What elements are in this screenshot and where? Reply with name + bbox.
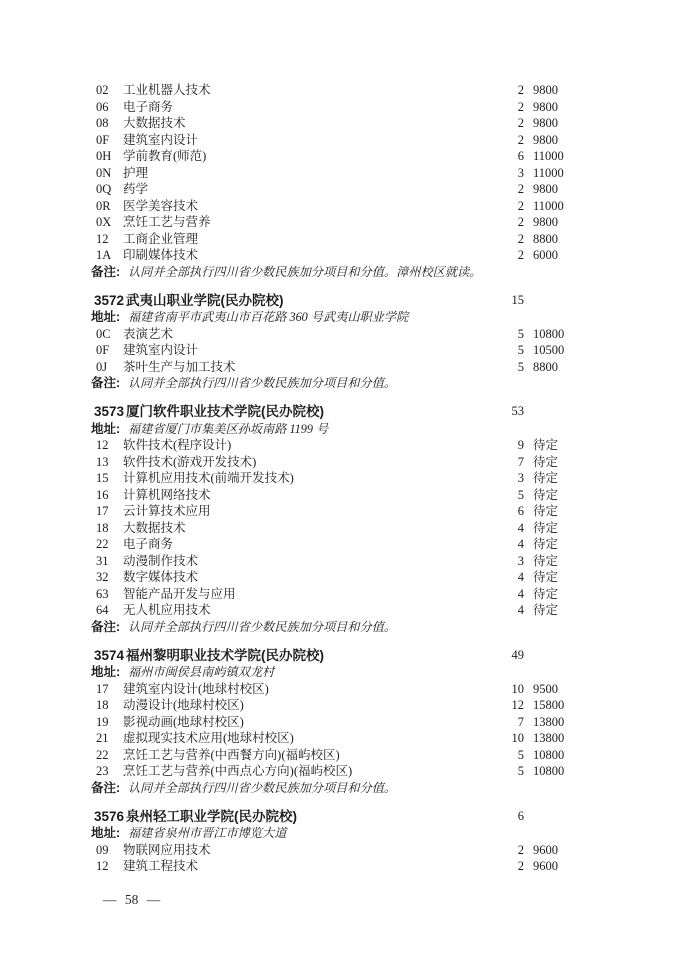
address-text: 福建省南平市武夷山市百花路 360 号武夷山职业学院 — [128, 309, 408, 326]
school-code: 3574 — [94, 647, 124, 665]
note-label: 备注: — [91, 780, 120, 797]
course-plan-count: 7 — [464, 454, 524, 471]
course-name: 工商企业管理 — [123, 231, 198, 248]
course-code: 19 — [96, 714, 109, 731]
course-code: 15 — [96, 470, 109, 487]
course-fee: 13800 — [533, 730, 564, 747]
course-fee: 8800 — [533, 231, 558, 248]
course-name: 动漫制作技术 — [123, 553, 198, 570]
course-row: 02 工业机器人技术 2 9800 — [0, 82, 680, 99]
course-row: 09 物联网应用技术 2 9600 — [0, 842, 680, 859]
course-name: 大数据技术 — [123, 115, 186, 132]
course-plan-count: 5 — [464, 763, 524, 780]
course-plan-count: 4 — [464, 520, 524, 537]
course-row: 0R 医学美容技术 2 11000 — [0, 198, 680, 215]
school-plan-total: 53 — [464, 403, 524, 421]
course-plan-count: 7 — [464, 714, 524, 731]
course-code: 63 — [96, 586, 109, 603]
course-fee: 待定 — [533, 470, 558, 487]
school-plan-total: 15 — [464, 292, 524, 310]
course-row: 22 烹饪工艺与营养(中西餐方向)(福屿校区) 5 10800 — [0, 747, 680, 764]
school-plan-total: 6 — [464, 808, 524, 826]
course-plan-count: 2 — [464, 842, 524, 859]
course-plan-count: 3 — [464, 553, 524, 570]
course-plan-count: 5 — [464, 342, 524, 359]
course-code: 22 — [96, 747, 109, 764]
course-plan-count: 2 — [464, 858, 524, 875]
course-name: 动漫设计(地球村校区) — [123, 697, 244, 714]
course-plan-count: 4 — [464, 586, 524, 603]
course-code: 12 — [96, 437, 109, 454]
course-row: 19 影视动画(地球村校区) 7 13800 — [0, 714, 680, 731]
course-plan-count: 5 — [464, 359, 524, 376]
course-code: 0N — [96, 165, 111, 182]
school-header: 3576 泉州轻工职业学院(民办院校) 6 — [0, 808, 680, 826]
school-note-row: 备注: 认同并全部执行四川省少数民族加分项目和分值。漳州校区就读。 — [0, 264, 680, 281]
course-code: 09 — [96, 842, 109, 859]
course-plan-count: 2 — [464, 115, 524, 132]
course-row: 0F 建筑室内设计 5 10500 — [0, 342, 680, 359]
course-row: 0H 学前教育(师范) 6 11000 — [0, 148, 680, 165]
school-plan-total: 49 — [464, 647, 524, 665]
course-code: 18 — [96, 520, 109, 537]
course-code: 0C — [96, 326, 111, 343]
course-code: 31 — [96, 553, 109, 570]
school-address-row: 地址: 福建省南平市武夷山市百花路 360 号武夷山职业学院 — [0, 309, 680, 326]
course-fee: 待定 — [533, 437, 558, 454]
course-fee: 待定 — [533, 487, 558, 504]
course-list: 09 物联网应用技术 2 9600 12 建筑工程技术 2 9600 — [0, 842, 680, 875]
school-address-row: 地址: 福建省泉州市晋江市博览大道 — [0, 825, 680, 842]
course-row: 08 大数据技术 2 9800 — [0, 115, 680, 132]
course-name: 学前教育(师范) — [123, 148, 206, 165]
course-name: 云计算技术应用 — [123, 503, 211, 520]
course-fee: 待定 — [533, 569, 558, 586]
course-plan-count: 10 — [464, 681, 524, 698]
course-plan-count: 6 — [464, 503, 524, 520]
course-list: 02 工业机器人技术 2 9800 06 电子商务 2 9800 08 大数据技… — [0, 82, 680, 264]
course-fee: 待定 — [533, 520, 558, 537]
course-row: 1A 印刷媒体技术 2 6000 — [0, 247, 680, 264]
course-fee: 10500 — [533, 342, 564, 359]
course-code: 12 — [96, 858, 109, 875]
course-code: 17 — [96, 503, 109, 520]
school-section: 3572 武夷山职业学院(民办院校) 15 地址: 福建省南平市武夷山市百花路 … — [0, 292, 680, 392]
course-name: 护理 — [123, 165, 148, 182]
course-row: 31 动漫制作技术 3 待定 — [0, 553, 680, 570]
sections-container: 02 工业机器人技术 2 9800 06 电子商务 2 9800 08 大数据技… — [0, 82, 680, 875]
course-plan-count: 2 — [464, 132, 524, 149]
course-code: 0F — [96, 342, 109, 359]
course-name: 计算机应用技术(前端开发技术) — [123, 470, 294, 487]
course-row: 64 无人机应用技术 4 待定 — [0, 602, 680, 619]
course-row: 06 电子商务 2 9800 — [0, 99, 680, 116]
course-plan-count: 4 — [464, 536, 524, 553]
course-code: 13 — [96, 454, 109, 471]
course-name: 电子商务 — [123, 536, 173, 553]
course-code: 08 — [96, 115, 109, 132]
course-code: 21 — [96, 730, 109, 747]
course-fee: 6000 — [533, 247, 558, 264]
course-row: 18 大数据技术 4 待定 — [0, 520, 680, 537]
course-plan-count: 6 — [464, 148, 524, 165]
course-plan-count: 5 — [464, 487, 524, 504]
course-name: 智能产品开发与应用 — [123, 586, 236, 603]
address-label: 地址: — [91, 664, 120, 681]
course-code: 23 — [96, 763, 109, 780]
course-plan-count: 9 — [464, 437, 524, 454]
course-code: 22 — [96, 536, 109, 553]
course-name: 影视动画(地球村校区) — [123, 714, 244, 731]
page-number: — 58 — — [103, 892, 160, 908]
school-name: 厦门软件职业技术学院(民办院校) — [126, 403, 324, 421]
school-code: 3573 — [94, 403, 124, 421]
school-section: 3576 泉州轻工职业学院(民办院校) 6 地址: 福建省泉州市晋江市博览大道 … — [0, 808, 680, 875]
course-fee: 10800 — [533, 747, 564, 764]
course-fee: 11000 — [533, 198, 564, 215]
course-plan-count: 2 — [464, 181, 524, 198]
course-code: 18 — [96, 697, 109, 714]
course-row: 0J 茶叶生产与加工技术 5 8800 — [0, 359, 680, 376]
course-row: 13 软件技术(游戏开发技术) 7 待定 — [0, 454, 680, 471]
course-code: 02 — [96, 82, 109, 99]
course-row: 16 计算机网络技术 5 待定 — [0, 487, 680, 504]
course-fee: 9800 — [533, 214, 558, 231]
course-fee: 9800 — [533, 132, 558, 149]
school-note-row: 备注: 认同并全部执行四川省少数民族加分项目和分值。 — [0, 619, 680, 636]
course-plan-count: 4 — [464, 569, 524, 586]
course-row: 22 电子商务 4 待定 — [0, 536, 680, 553]
course-list: 12 软件技术(程序设计) 9 待定 13 软件技术(游戏开发技术) 7 待定 … — [0, 437, 680, 619]
course-row: 17 建筑室内设计(地球村校区) 10 9500 — [0, 681, 680, 698]
course-code: 17 — [96, 681, 109, 698]
course-row: 0Q 药学 2 9800 — [0, 181, 680, 198]
course-plan-count: 2 — [464, 99, 524, 116]
course-fee: 10800 — [533, 763, 564, 780]
course-plan-count: 2 — [464, 231, 524, 248]
school-address-row: 地址: 福州市闽侯县南屿镇双龙村 — [0, 664, 680, 681]
course-row: 23 烹饪工艺与营养(中西点心方向)(福屿校区) 5 10800 — [0, 763, 680, 780]
course-code: 0Q — [96, 181, 111, 198]
course-fee: 11000 — [533, 165, 564, 182]
course-plan-count: 2 — [464, 82, 524, 99]
school-address-row: 地址: 福建省厦门市集美区孙坂南路 1199 号 — [0, 421, 680, 438]
note-label: 备注: — [91, 375, 120, 392]
course-name: 建筑室内设计 — [123, 342, 198, 359]
course-code: 0F — [96, 132, 109, 149]
course-row: 12 软件技术(程序设计) 9 待定 — [0, 437, 680, 454]
course-code: 64 — [96, 602, 109, 619]
course-fee: 15800 — [533, 697, 564, 714]
course-fee: 9800 — [533, 82, 558, 99]
course-code: 32 — [96, 569, 109, 586]
course-plan-count: 5 — [464, 326, 524, 343]
address-label: 地址: — [91, 825, 120, 842]
course-row: 63 智能产品开发与应用 4 待定 — [0, 586, 680, 603]
course-plan-count: 4 — [464, 602, 524, 619]
document-page: 02 工业机器人技术 2 9800 06 电子商务 2 9800 08 大数据技… — [0, 0, 680, 961]
course-name: 印刷媒体技术 — [123, 247, 198, 264]
note-text: 认同并全部执行四川省少数民族加分项目和分值。 — [128, 375, 396, 392]
course-row: 21 虚拟现实技术应用(地球村校区) 10 13800 — [0, 730, 680, 747]
course-plan-count: 5 — [464, 747, 524, 764]
school-header: 3574 福州黎明职业技术学院(民办院校) 49 — [0, 647, 680, 665]
course-row: 0F 建筑室内设计 2 9800 — [0, 132, 680, 149]
course-code: 0R — [96, 198, 111, 215]
school-name: 泉州轻工职业学院(民办院校) — [126, 808, 297, 826]
address-text: 福州市闽侯县南屿镇双龙村 — [128, 664, 274, 681]
course-name: 软件技术(游戏开发技术) — [123, 454, 256, 471]
course-fee: 待定 — [533, 602, 558, 619]
course-fee: 9600 — [533, 858, 558, 875]
course-name: 建筑室内设计(地球村校区) — [123, 681, 269, 698]
course-name: 物联网应用技术 — [123, 842, 211, 859]
course-name: 大数据技术 — [123, 520, 186, 537]
address-label: 地址: — [91, 309, 120, 326]
course-fee: 9800 — [533, 181, 558, 198]
course-fee: 待定 — [533, 586, 558, 603]
course-name: 建筑室内设计 — [123, 132, 198, 149]
course-code: 0X — [96, 214, 111, 231]
course-name: 无人机应用技术 — [123, 602, 211, 619]
school-section: 02 工业机器人技术 2 9800 06 电子商务 2 9800 08 大数据技… — [0, 82, 680, 280]
course-row: 17 云计算技术应用 6 待定 — [0, 503, 680, 520]
address-text: 福建省泉州市晋江市博览大道 — [128, 825, 286, 842]
address-text: 福建省厦门市集美区孙坂南路 1199 号 — [128, 421, 328, 438]
course-name: 工业机器人技术 — [123, 82, 211, 99]
course-list: 0C 表演艺术 5 10800 0F 建筑室内设计 5 10500 0J 茶叶生… — [0, 326, 680, 376]
course-code: 0H — [96, 148, 111, 165]
course-code: 0J — [96, 359, 107, 376]
course-fee: 8800 — [533, 359, 558, 376]
school-note-row: 备注: 认同并全部执行四川省少数民族加分项目和分值。 — [0, 375, 680, 392]
course-name: 烹饪工艺与营养 — [123, 214, 211, 231]
course-row: 18 动漫设计(地球村校区) 12 15800 — [0, 697, 680, 714]
school-header: 3572 武夷山职业学院(民办院校) 15 — [0, 292, 680, 310]
course-row: 0X 烹饪工艺与营养 2 9800 — [0, 214, 680, 231]
course-code: 16 — [96, 487, 109, 504]
address-label: 地址: — [91, 421, 120, 438]
school-section: 3573 厦门软件职业技术学院(民办院校) 53 地址: 福建省厦门市集美区孙坂… — [0, 403, 680, 635]
course-name: 虚拟现实技术应用(地球村校区) — [123, 730, 294, 747]
course-name: 医学美容技术 — [123, 198, 198, 215]
note-text: 认同并全部执行四川省少数民族加分项目和分值。 — [128, 619, 396, 636]
course-fee: 13800 — [533, 714, 564, 731]
course-row: 0C 表演艺术 5 10800 — [0, 326, 680, 343]
course-name: 电子商务 — [123, 99, 173, 116]
course-plan-count: 12 — [464, 697, 524, 714]
note-text: 认同并全部执行四川省少数民族加分项目和分值。 — [128, 780, 396, 797]
course-list: 17 建筑室内设计(地球村校区) 10 9500 18 动漫设计(地球村校区) … — [0, 681, 680, 780]
course-fee: 9600 — [533, 842, 558, 859]
course-plan-count: 3 — [464, 165, 524, 182]
course-row: 12 建筑工程技术 2 9600 — [0, 858, 680, 875]
school-section: 3574 福州黎明职业技术学院(民办院校) 49 地址: 福州市闽侯县南屿镇双龙… — [0, 647, 680, 797]
note-label: 备注: — [91, 619, 120, 636]
school-name: 武夷山职业学院(民办院校) — [126, 292, 284, 310]
course-fee: 待定 — [533, 454, 558, 471]
course-name: 茶叶生产与加工技术 — [123, 359, 236, 376]
course-name: 表演艺术 — [123, 326, 173, 343]
course-fee: 11000 — [533, 148, 564, 165]
course-row: 15 计算机应用技术(前端开发技术) 3 待定 — [0, 470, 680, 487]
note-label: 备注: — [91, 264, 120, 281]
course-fee: 待定 — [533, 536, 558, 553]
course-code: 06 — [96, 99, 109, 116]
course-fee: 9800 — [533, 115, 558, 132]
course-name: 建筑工程技术 — [123, 858, 198, 875]
school-header: 3573 厦门软件职业技术学院(民办院校) 53 — [0, 403, 680, 421]
course-fee: 待定 — [533, 553, 558, 570]
course-fee: 9500 — [533, 681, 558, 698]
course-code: 12 — [96, 231, 109, 248]
school-code: 3576 — [94, 808, 124, 826]
school-note-row: 备注: 认同并全部执行四川省少数民族加分项目和分值。 — [0, 780, 680, 797]
course-name: 烹饪工艺与营养(中西点心方向)(福屿校区) — [123, 763, 352, 780]
course-plan-count: 3 — [464, 470, 524, 487]
course-fee: 9800 — [533, 99, 558, 116]
course-row: 0N 护理 3 11000 — [0, 165, 680, 182]
school-name: 福州黎明职业技术学院(民办院校) — [126, 647, 324, 665]
course-row: 12 工商企业管理 2 8800 — [0, 231, 680, 248]
course-plan-count: 10 — [464, 730, 524, 747]
course-fee: 待定 — [533, 503, 558, 520]
course-name: 软件技术(程序设计) — [123, 437, 231, 454]
course-code: 1A — [96, 247, 111, 264]
course-plan-count: 2 — [464, 198, 524, 215]
course-name: 药学 — [123, 181, 148, 198]
course-fee: 10800 — [533, 326, 564, 343]
course-row: 32 数字媒体技术 4 待定 — [0, 569, 680, 586]
school-code: 3572 — [94, 292, 124, 310]
course-plan-count: 2 — [464, 247, 524, 264]
course-name: 计算机网络技术 — [123, 487, 211, 504]
note-text: 认同并全部执行四川省少数民族加分项目和分值。漳州校区就读。 — [128, 264, 481, 281]
course-name: 数字媒体技术 — [123, 569, 198, 586]
course-name: 烹饪工艺与营养(中西餐方向)(福屿校区) — [123, 747, 340, 764]
course-plan-count: 2 — [464, 214, 524, 231]
